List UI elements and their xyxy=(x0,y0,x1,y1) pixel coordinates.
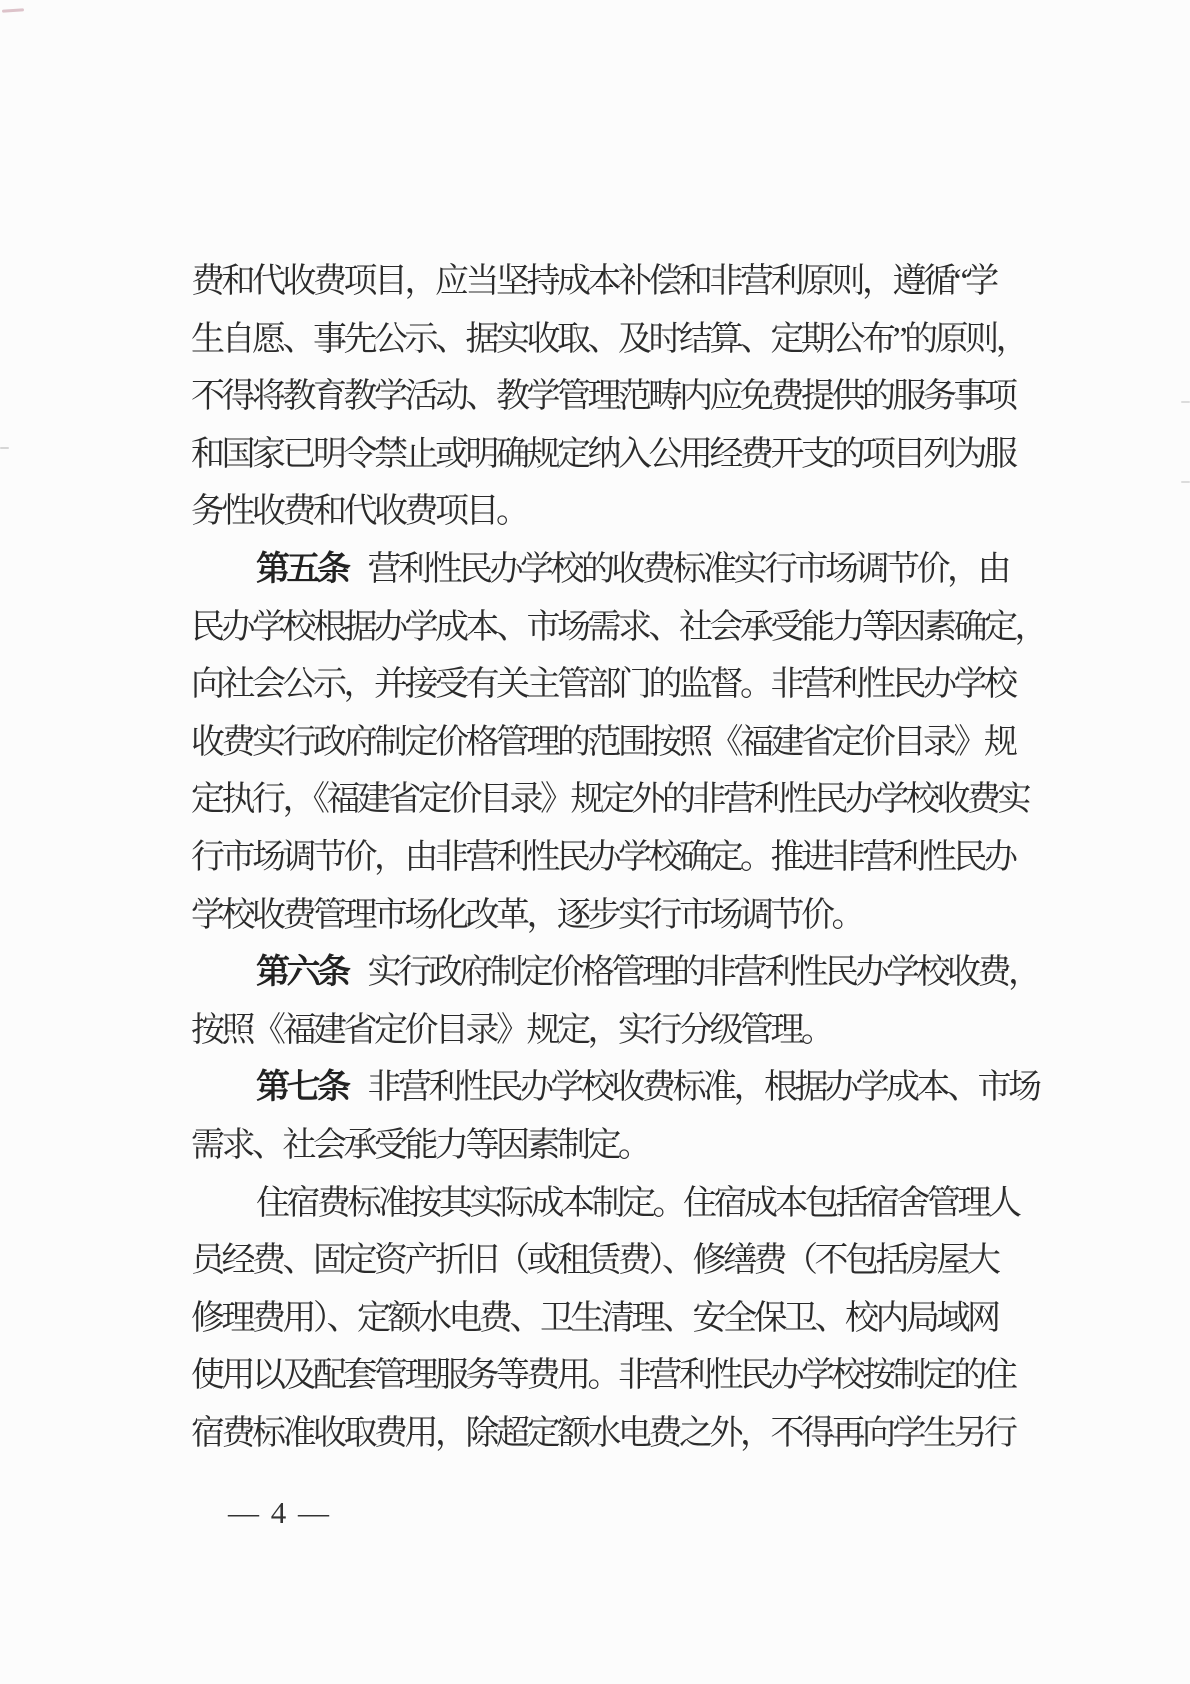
text-segment: 非营利性民办学校收费标准，根据办学成本、市场 xyxy=(368,1069,1039,1106)
text-line: 学校收费管理市场化改革，逐步实行市场调节价。 xyxy=(191,887,1031,945)
text-segment: 学校收费管理市场化改革，逐步实行市场调节价。 xyxy=(191,897,862,934)
article-number-label: 第六条 xyxy=(256,954,348,991)
page-number: — 4 — xyxy=(228,1492,331,1534)
text-line: 按照《福建省定价目录》规定，实行分级管理。 xyxy=(191,1002,1031,1060)
text-segment: 实行政府制定价格管理的非营利性民办学校收费， xyxy=(368,954,1039,991)
text-segment: 营利性民办学校的收费标准实行市场调节价，由 xyxy=(368,551,1009,588)
paragraph-3: 第六条实行政府制定价格管理的非营利性民办学校收费，按照《福建省定价目录》规定，实… xyxy=(191,944,1031,1059)
text-line: 需求、社会承受能力等因素制定。 xyxy=(191,1117,1031,1175)
scan-artifact xyxy=(2,8,24,13)
text-segment: 住宿费标准按其实际成本制定。住宿成本包括宿舍管理人 xyxy=(256,1185,1019,1222)
text-line: 收费实行政府制定价格管理的范围按照《福建省定价目录》规 xyxy=(191,714,1031,772)
text-line: 定执行，《福建省定价目录》规定外的非营利性民办学校收费实 xyxy=(191,771,1031,829)
text-line: 务性收费和代收费项目。 xyxy=(191,483,1031,541)
article-number-label: 第五条 xyxy=(256,551,348,588)
paragraph-2: 第五条营利性民办学校的收费标准实行市场调节价，由民办学校根据办学成本、市场需求、… xyxy=(191,541,1031,944)
text-segment: 行市场调节价，由非营利性民办学校确定。推进非营利性民办 xyxy=(191,839,1015,876)
article-number-label: 第七条 xyxy=(256,1069,348,1106)
text-line: 第六条实行政府制定价格管理的非营利性民办学校收费， xyxy=(191,944,1031,1002)
text-segment: 修理费用）、定额水电费、卫生清理、安全保卫、校内局域网 xyxy=(191,1300,998,1337)
scan-artifact xyxy=(1181,481,1190,483)
document-body: 费和代收费项目，应当坚持成本补偿和非营利原则，遵循“学生自愿、事先公示、据实收取… xyxy=(191,253,1031,1462)
text-line: 第七条非营利性民办学校收费标准，根据办学成本、市场 xyxy=(191,1059,1031,1117)
text-segment: 定执行，《福建省定价目录》规定外的非营利性民办学校收费实 xyxy=(191,781,1028,818)
text-line: 修理费用）、定额水电费、卫生清理、安全保卫、校内局域网 xyxy=(191,1290,1031,1348)
text-segment: 收费实行政府制定价格管理的范围按照《福建省定价目录》规 xyxy=(191,724,1015,761)
text-line: 费和代收费项目，应当坚持成本补偿和非营利原则，遵循“学 xyxy=(191,253,1031,311)
text-segment: 生自愿、事先公示、据实收取、及时结算、定期公布”的原则， xyxy=(191,321,1026,358)
scan-artifact xyxy=(1181,401,1190,403)
text-line: 生自愿、事先公示、据实收取、及时结算、定期公布”的原则， xyxy=(191,311,1031,369)
text-segment: 需求、社会承受能力等因素制定。 xyxy=(191,1127,649,1164)
paragraph-5: 住宿费标准按其实际成本制定。住宿成本包括宿舍管理人员经费、固定资产折旧（或租赁费… xyxy=(191,1175,1031,1463)
text-segment: 按照《福建省定价目录》规定，实行分级管理。 xyxy=(191,1012,832,1049)
text-segment: 民办学校根据办学成本、市场需求、社会承受能力等因素确定， xyxy=(191,609,1045,646)
text-segment: 和国家已明令禁止或明确规定纳入公用经费开支的项目列为服 xyxy=(191,436,1015,473)
text-segment: 员经费、固定资产折旧（或租赁费）、修缮费（不包括房屋大 xyxy=(191,1242,998,1279)
text-line: 住宿费标准按其实际成本制定。住宿成本包括宿舍管理人 xyxy=(191,1175,1031,1233)
text-segment: 不得将教育教学活动、教学管理范畴内应免费提供的服务事项 xyxy=(191,378,1015,415)
text-segment: 向社会公示，并接受有关主管部门的监督。非营利性民办学校 xyxy=(191,666,1015,703)
text-line: 向社会公示，并接受有关主管部门的监督。非营利性民办学校 xyxy=(191,656,1031,714)
text-segment: 费和代收费项目，应当坚持成本补偿和非营利原则，遵循“学 xyxy=(191,263,996,300)
text-line: 使用以及配套管理服务等费用。非营利性民办学校按制定的住 xyxy=(191,1347,1031,1405)
text-line: 不得将教育教学活动、教学管理范畴内应免费提供的服务事项 xyxy=(191,368,1031,426)
text-segment: 使用以及配套管理服务等费用。非营利性民办学校按制定的住 xyxy=(191,1357,1015,1394)
paragraph-4: 第七条非营利性民办学校收费标准，根据办学成本、市场需求、社会承受能力等因素制定。 xyxy=(191,1059,1031,1174)
paragraph-1: 费和代收费项目，应当坚持成本补偿和非营利原则，遵循“学生自愿、事先公示、据实收取… xyxy=(191,253,1031,541)
text-segment: 宿费标准收取费用，除超定额水电费之外，不得再向学生另行 xyxy=(191,1415,1015,1452)
document-page: 费和代收费项目，应当坚持成本补偿和非营利原则，遵循“学生自愿、事先公示、据实收取… xyxy=(0,0,1190,1684)
scan-artifact xyxy=(0,447,9,449)
text-line: 行市场调节价，由非营利性民办学校确定。推进非营利性民办 xyxy=(191,829,1031,887)
text-line: 和国家已明令禁止或明确规定纳入公用经费开支的项目列为服 xyxy=(191,426,1031,484)
text-line: 第五条营利性民办学校的收费标准实行市场调节价，由 xyxy=(191,541,1031,599)
text-line: 民办学校根据办学成本、市场需求、社会承受能力等因素确定， xyxy=(191,599,1031,657)
text-segment: 务性收费和代收费项目。 xyxy=(191,493,527,530)
text-line: 员经费、固定资产折旧（或租赁费）、修缮费（不包括房屋大 xyxy=(191,1232,1031,1290)
text-line: 宿费标准收取费用，除超定额水电费之外，不得再向学生另行 xyxy=(191,1405,1031,1463)
